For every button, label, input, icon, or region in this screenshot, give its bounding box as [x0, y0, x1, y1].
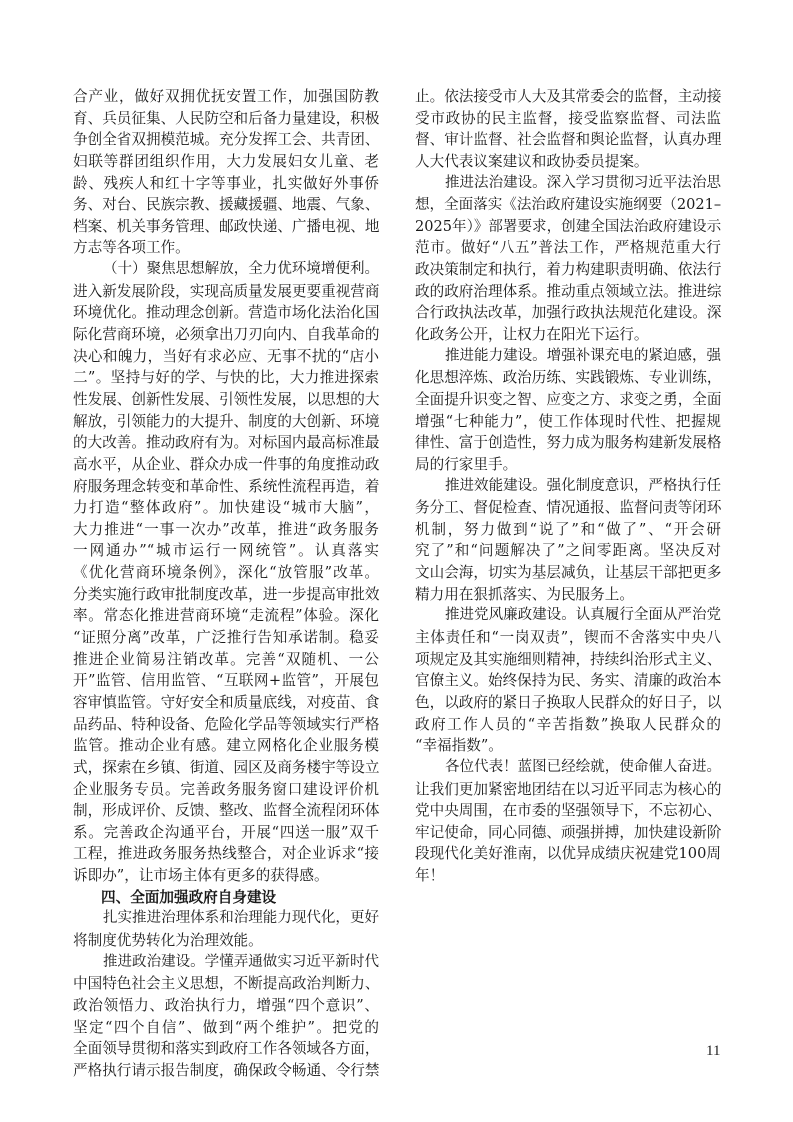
section-heading: 四、全面加强政府自身建设 — [73, 887, 379, 909]
text-line: 官僚主义。始终保持为民、务实、清廉的政治本 — [415, 670, 721, 692]
text-line: 究了”和“问题解决了”之间零距离。坚决反对 — [415, 540, 721, 562]
text-line: 严格执行请示报告制度，确保政令畅通、令行禁 — [73, 1060, 379, 1082]
text-line: 一网通办”“城市运行一网统管”。认真落实 — [73, 540, 379, 562]
text-line: 坚定“四个自信”、做到“两个维护”。把党的 — [73, 1017, 379, 1039]
text-line: 方志等各项工作。 — [73, 237, 379, 259]
text-line: 色，以政府的紧日子换取人民群众的好日子，以 — [415, 692, 721, 714]
text-line: “幸福指数”。 — [415, 735, 721, 757]
left-text-column: 合产业，做好双拥优抚安置工作，加强国防教育、兵员征集、人民防空和后备力量建设，积… — [73, 86, 379, 1081]
text-line: 牢记使命，同心同德、顽强拼搏，加快建设新阶 — [415, 822, 721, 844]
text-line: 务、对台、民族宗教、援藏援疆、地震、气象、 — [73, 194, 379, 216]
text-line: 推进政治建设。学懂弄通做实习近平新时代 — [73, 952, 379, 974]
document-page: 合产业，做好双拥优抚安置工作，加强国防教育、兵员征集、人民防空和后备力量建设，积… — [0, 0, 793, 1122]
text-line: 主体责任和“一岗双责”，锲而不舍落实中央八 — [415, 627, 721, 649]
text-line: 增强“七种能力”，使工作体现时代性、把握规 — [415, 411, 721, 433]
text-line: 机制，努力做到“说了”和“做了”、“开会研 — [415, 519, 721, 541]
text-line: （十）聚焦思想解放，全力优环境增便利。 — [73, 259, 379, 281]
text-line: 政府工作人员的“辛苦指数”换取人民群众的 — [415, 714, 721, 736]
text-line: 合产业，做好双拥优抚安置工作，加强国防教 — [73, 86, 379, 108]
text-line: 2025年）》部署要求，创建全国法治政府建设示 — [415, 216, 721, 238]
text-line: 中国特色社会主义思想，不断提高政治判断力、 — [73, 973, 379, 995]
text-line: 府服务理念转变和革命性、系统性流程再造，着 — [73, 476, 379, 498]
text-line: 推进效能建设。强化制度意识，严格执行任 — [415, 476, 721, 498]
text-line: 高水平，从企业、群众办成一件事的角度推动政 — [73, 454, 379, 476]
text-line: 际化营商环境，必须拿出刀刃向内、自我革命的 — [73, 324, 379, 346]
text-line: 将制度优势转化为治理效能。 — [73, 930, 379, 952]
text-line: 各位代表！蓝图已经绘就，使命催人奋进。 — [415, 757, 721, 779]
text-line: 段现代化美好淮南，以优异成绩庆祝建党100周 — [415, 843, 721, 865]
text-line: 企业服务专员。完善政务服务窗口建设评价机 — [73, 779, 379, 801]
text-line: 的大改善。推动政府有为。对标国内最高标准最 — [73, 432, 379, 454]
text-line: 受市政协的民主监督，接受监察监督、司法监 — [415, 108, 721, 130]
text-line: 务分工、督促检查、情况通报、监督问责等闭环 — [415, 497, 721, 519]
text-line: 档案、机关事务管理、邮政快递、广播电视、地 — [73, 216, 379, 238]
text-line: 想，全面落实《法治政府建设实施纲要（2021– — [415, 194, 721, 216]
text-line: 化思想淬炼、政治历练、实践锻炼、专业训练， — [415, 367, 721, 389]
text-line: 政的政府治理体系。推动重点领域立法。推进综 — [415, 281, 721, 303]
text-line: 推进能力建设。增强补课充电的紧迫感，强 — [415, 346, 721, 368]
text-line: 争创全省双拥模范城。充分发挥工会、共青团、 — [73, 129, 379, 151]
text-line: 环境优化。推动理念创新。营造市场化法治化国 — [73, 302, 379, 324]
text-line: 全面提升识变之智、应变之方、求变之勇，全面 — [415, 389, 721, 411]
text-line: 二”。坚持与好的学、与快的比，大力推进探索 — [73, 367, 379, 389]
text-line: 率。常态化推进营商环境“走流程”体验。深化 — [73, 605, 379, 627]
text-line: 式，探索在乡镇、街道、园区及商务楼宇等设立 — [73, 757, 379, 779]
text-line: 项规定及其实施细则精神，持续纠治形式主义、 — [415, 649, 721, 671]
text-line: 进入新发展阶段，实现高质量发展更要重视营商 — [73, 281, 379, 303]
text-line: 文山会海，切实为基层减负，让基层干部把更多 — [415, 562, 721, 584]
text-line: 开”监管、信用监管、“互联网+监管”，开展包 — [73, 670, 379, 692]
text-line: 分类实施行政审批制度改革，进一步提高审批效 — [73, 584, 379, 606]
text-line: 合行政执法改革，加强行政执法规范化建设。深 — [415, 302, 721, 324]
text-line: 诉即办”，让市场主体有更多的获得感。 — [73, 865, 379, 887]
text-line: 扎实推进治理体系和治理能力现代化，更好 — [73, 908, 379, 930]
text-line: 大力推进“一事一次办”改革，推进“政务服务 — [73, 519, 379, 541]
text-line: 律性、富于创造性，努力成为服务构建新发展格 — [415, 432, 721, 454]
text-line: 工程，推进政务服务热线整合，对企业诉求“接 — [73, 843, 379, 865]
text-line: 督、审计监督、社会监督和舆论监督，认真办理 — [415, 129, 721, 151]
text-line: 力打造“整体政府”。加快建设“城市大脑”， — [73, 497, 379, 519]
text-line: 《优化营商环境条例》，深化“放管服”改革。 — [73, 562, 379, 584]
text-line: 性发展、创新性发展、引领性发展，以思想的大 — [73, 389, 379, 411]
text-line: 推进企业简易注销改革。完善“双随机、一公 — [73, 649, 379, 671]
text-line: 政决策制定和执行，着力构建职责明确、依法行 — [415, 259, 721, 281]
text-line: 让我们更加紧密地团结在以习近平同志为核心的 — [415, 779, 721, 801]
text-line: 系。完善政企沟通平台，开展“四送一服”双千 — [73, 822, 379, 844]
page-number: 11 — [706, 1043, 720, 1060]
text-line: 全面领导贯彻和落实到政府工作各领域各方面， — [73, 1038, 379, 1060]
text-line: 范市。做好“八五”普法工作，严格规范重大行 — [415, 237, 721, 259]
text-line: 龄、残疾人和红十字等事业，扎实做好外事侨 — [73, 173, 379, 195]
text-line: 监管。推动企业有感。建立网格化企业服务模 — [73, 735, 379, 757]
text-line: 容审慎监管。守好安全和质量底线，对疫苗、食 — [73, 692, 379, 714]
text-line: 局的行家里手。 — [415, 454, 721, 476]
text-line: 人大代表议案建议和政协委员提案。 — [415, 151, 721, 173]
text-line: 制，形成评价、反馈、整改、监督全流程闭环体 — [73, 800, 379, 822]
text-line: 解放，引领能力的大提升、制度的大创新、环境 — [73, 411, 379, 433]
text-line: 精力用在狠抓落实、为民服务上。 — [415, 584, 721, 606]
text-line: “证照分离”改革，广泛推行告知承诺制。稳妥 — [73, 627, 379, 649]
text-line: 妇联等群团组织作用，大力发展妇女儿童、老 — [73, 151, 379, 173]
text-line: 化政务公开，让权力在阳光下运行。 — [415, 324, 721, 346]
text-line: 年！ — [415, 865, 721, 887]
text-line: 止。依法接受市人大及其常委会的监督，主动接 — [415, 86, 721, 108]
text-line: 党中央周围，在市委的坚强领导下，不忘初心、 — [415, 800, 721, 822]
text-line: 推进党风廉政建设。认真履行全面从严治党 — [415, 605, 721, 627]
text-line: 品药品、特种设备、危险化学品等领域实行严格 — [73, 714, 379, 736]
text-line: 决心和魄力，当好有求必应、无事不扰的“店小 — [73, 346, 379, 368]
right-text-column: 止。依法接受市人大及其常委会的监督，主动接受市政协的民主监督，接受监察监督、司法… — [415, 86, 721, 887]
text-line: 政治领悟力、政治执行力，增强“四个意识”、 — [73, 995, 379, 1017]
text-line: 育、兵员征集、人民防空和后备力量建设，积极 — [73, 108, 379, 130]
text-line: 推进法治建设。深入学习贯彻习近平法治思 — [415, 173, 721, 195]
